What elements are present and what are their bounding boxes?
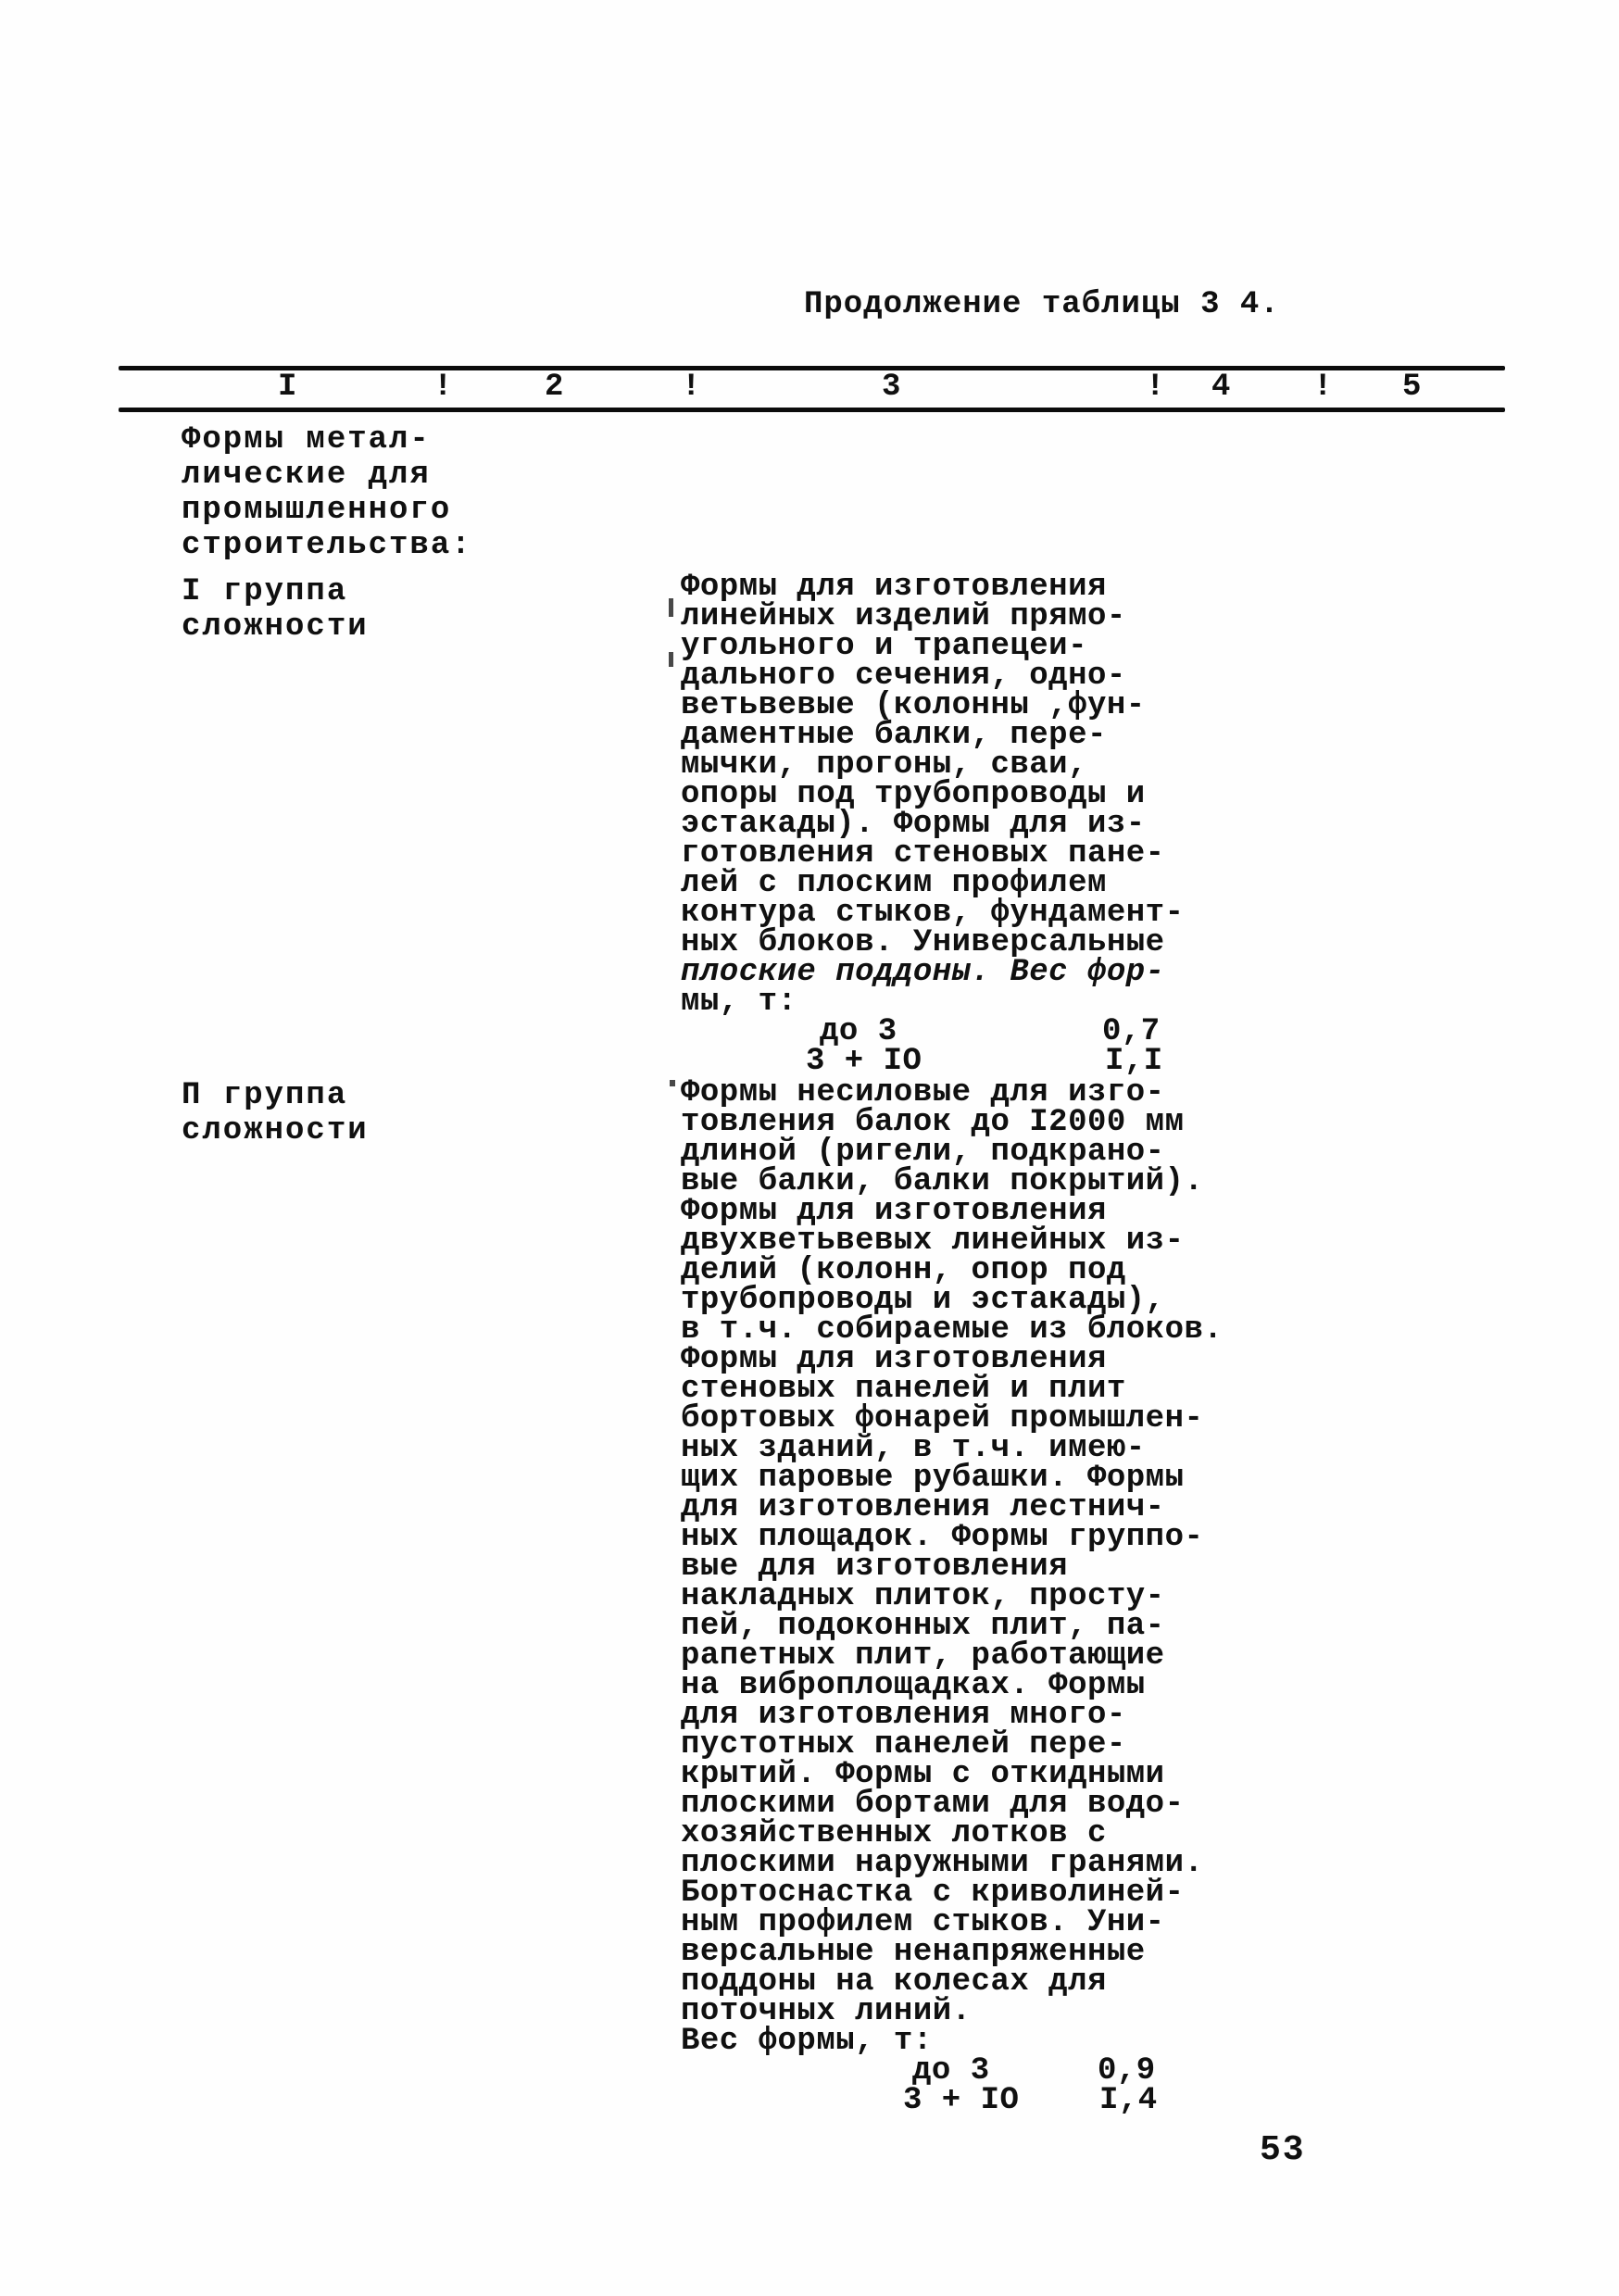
column-separator: !: [682, 370, 700, 405]
table-continuation-title: Продолжение таблицы 3 4.: [804, 287, 1280, 322]
column-separator: !: [1313, 370, 1332, 405]
column-separator: !: [1146, 370, 1164, 405]
description-italic-line: плоские поддоны. Вес фор-: [681, 958, 1236, 987]
table-header-rule: [119, 408, 1505, 412]
weight-row: 3 + IO I,I: [681, 1047, 1236, 1076]
column-header-4: 4: [1211, 370, 1230, 405]
weight-range: 3 + IO: [806, 1047, 922, 1076]
weight-row: до 3 0,9: [681, 2056, 1236, 2086]
group-2-description: Формы несиловые для изго- товления балок…: [681, 1078, 1236, 2115]
weight-range: до 3: [820, 1017, 897, 1047]
group-1-label: I группа сложности: [182, 574, 369, 645]
column-header-3: 3: [882, 370, 900, 405]
category-label: Формы метал- лические для промышленного …: [182, 422, 472, 563]
page-number: 53: [1260, 2130, 1306, 2170]
group-2-label: П группа сложности: [182, 1078, 369, 1148]
column-header-2: 2: [545, 370, 563, 405]
weight-range: до 3: [912, 2056, 990, 2086]
group-2-description-text: Формы несиловые для изго- товления балок…: [681, 1078, 1236, 2056]
scan-artifact-tick: [669, 652, 673, 667]
weight-row: 3 + IO I,4: [681, 2086, 1236, 2115]
weight-value: I,I: [1105, 1047, 1163, 1076]
group-1-description-text: Формы для изготовления линейных изделий …: [681, 572, 1236, 958]
weight-value: I,4: [1099, 2086, 1158, 2115]
description-last-line: мы, т:: [681, 987, 1236, 1017]
table-top-rule: [119, 366, 1505, 370]
weight-range: 3 + IO: [903, 2086, 1019, 2115]
group-1-description: Формы для изготовления линейных изделий …: [681, 572, 1236, 1076]
scan-artifact-tick: [670, 1080, 675, 1086]
weight-value: 0,9: [1098, 2056, 1156, 2086]
weight-value: 0,7: [1102, 1017, 1161, 1047]
column-separator: !: [433, 370, 452, 405]
scan-artifact-tick: [669, 598, 673, 617]
column-header-1: I: [278, 370, 296, 405]
weight-row: до 3 0,7: [681, 1017, 1236, 1047]
column-header-5: 5: [1402, 370, 1421, 405]
document-page: Продолжение таблицы 3 4. I ! 2 ! 3 ! 4 !…: [0, 0, 1619, 2296]
